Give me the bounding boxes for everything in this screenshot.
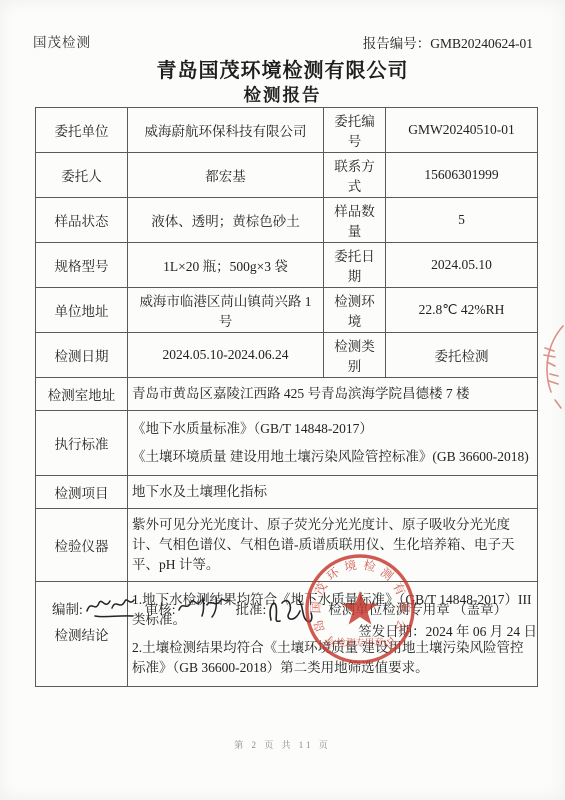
row-value: 5 [386, 198, 538, 243]
row-value: 2024.05.10 [386, 243, 538, 288]
table-row: 样品状态 液体、透明；黄棕色砂土 样品数量 5 [36, 198, 538, 243]
prepared-by-label: 编制: [52, 594, 83, 618]
row-value: 委托检测 [386, 333, 538, 378]
document-subtitle: 检测报告 [0, 82, 565, 107]
table-row: 委托人 都宏基 联系方式 15606301999 [36, 153, 538, 198]
row-value: 青岛市黄岛区嘉陵江西路 425 号青岛滨海学院昌德楼 7 楼 [128, 378, 538, 411]
page-title: 青岛国茂环境检测有限公司 [0, 54, 565, 83]
report-page: 国茂检测 报告编号：GMB20240624-01 青岛国茂环境检测有限公司 检测… [0, 0, 565, 800]
approved-by-signature [266, 594, 316, 628]
table-row: 单位地址 威海市临港区苘山镇苘兴路 1 号 检测环境 22.8℃ 42%RH [36, 288, 538, 333]
issue-date-label: 签发日期： [358, 624, 426, 639]
row-label: 委托人 [36, 153, 128, 198]
row-value: 1L×20 瓶；500g×3 袋 [128, 243, 324, 288]
row-value: 威海蔚航环保科技有限公司 [128, 108, 324, 153]
row-value: 液体、透明；黄棕色砂土 [128, 198, 324, 243]
row-value-line: 《土壤环境质量 建设用地土壤污染风险管控标准》(GB 36600-2018) [132, 447, 533, 467]
row-label: 样品状态 [36, 198, 128, 243]
company-logo-text: 国茂检测 [33, 31, 91, 51]
row-value: GMW20240510-01 [386, 108, 538, 153]
row-label: 委托日期 [324, 243, 386, 288]
page-number: 第 2 页 共 11 页 [0, 738, 565, 751]
row-value-line: 《地下水质量标准》（GB/T 14848-2017） [132, 419, 533, 439]
row-value-line: 青岛市黄岛区嘉陵江西路 425 号青岛滨海学院昌德楼 7 楼 [132, 384, 533, 404]
table-row: 执行标准 《地下水质量标准》（GB/T 14848-2017） 《土壤环境质量 … [36, 411, 538, 476]
table-row: 检测项目 地下水及土壤理化指标 [36, 476, 538, 509]
table-row: 检测日期 2024.05.10-2024.06.24 检测类别 委托检测 [36, 333, 538, 378]
row-label: 检验仪器 [36, 509, 128, 582]
row-value: 2024.05.10-2024.06.24 [128, 333, 324, 378]
row-value: 都宏基 [128, 153, 324, 198]
approved-by-label: 批准: [236, 594, 267, 618]
row-value-line: 紫外可见分光光度计、原子荧光分光光度计、原子吸收分光光度计、气相色谱仪、气相色谱… [132, 515, 533, 575]
report-number-label: 报告编号： [363, 36, 431, 51]
row-label: 检测环境 [324, 288, 386, 333]
row-label: 委托编号 [324, 108, 386, 153]
table-row: 规格型号 1L×20 瓶；500g×3 袋 委托日期 2024.05.10 [36, 243, 538, 288]
row-value: 《地下水质量标准》（GB/T 14848-2017） 《土壤环境质量 建设用地土… [128, 411, 538, 476]
row-label: 委托单位 [36, 108, 128, 153]
row-value: 地下水及土壤理化指标 [128, 476, 538, 509]
issue-date: 签发日期：2024 年 06 月 24 日 [358, 620, 537, 640]
row-label: 规格型号 [36, 243, 128, 288]
row-label: 样品数量 [324, 198, 386, 243]
row-label: 联系方式 [324, 153, 386, 198]
reviewed-by-signature [176, 594, 232, 622]
edge-seal-fragment-icon [535, 322, 565, 422]
table-row: 委托单位 威海蔚航环保科技有限公司 委托编号 GMW20240510-01 [36, 108, 538, 153]
row-value: 22.8℃ 42%RH [386, 288, 538, 333]
table-row: 检测室地址 青岛市黄岛区嘉陵江西路 425 号青岛滨海学院昌德楼 7 楼 [36, 378, 538, 411]
row-value: 紫外可见分光光度计、原子荧光分光光度计、原子吸收分光光度计、气相色谱仪、气相色谱… [128, 509, 538, 582]
table-row: 检验仪器 紫外可见分光光度计、原子荧光分光光度计、原子吸收分光光度计、气相色谱仪… [36, 509, 538, 582]
row-value-line: 2.土壤检测结果均符合《土壤环境质量 建设用地土壤污染风险管控标准》（GB 36… [132, 638, 533, 678]
row-label: 执行标准 [36, 411, 128, 476]
row-label: 检测类别 [324, 333, 386, 378]
issue-date-value: 2024 年 06 月 24 日 [426, 624, 537, 639]
row-value-line: 地下水及土壤理化指标 [132, 482, 533, 502]
reviewed-by-label: 审核: [145, 594, 176, 618]
seal-note: 检测单位检测专用章 （盖章） [328, 594, 507, 618]
report-number: 报告编号：GMB20240624-01 [363, 32, 533, 52]
row-label: 检测项目 [36, 476, 128, 509]
row-label: 单位地址 [36, 288, 128, 333]
prepared-by-signature [83, 594, 141, 622]
row-value: 15606301999 [386, 153, 538, 198]
report-number-value: GMB20240624-01 [430, 36, 533, 51]
row-label: 检测日期 [36, 333, 128, 378]
row-label: 检测室地址 [36, 378, 128, 411]
row-value: 威海市临港区苘山镇苘兴路 1 号 [128, 288, 324, 333]
